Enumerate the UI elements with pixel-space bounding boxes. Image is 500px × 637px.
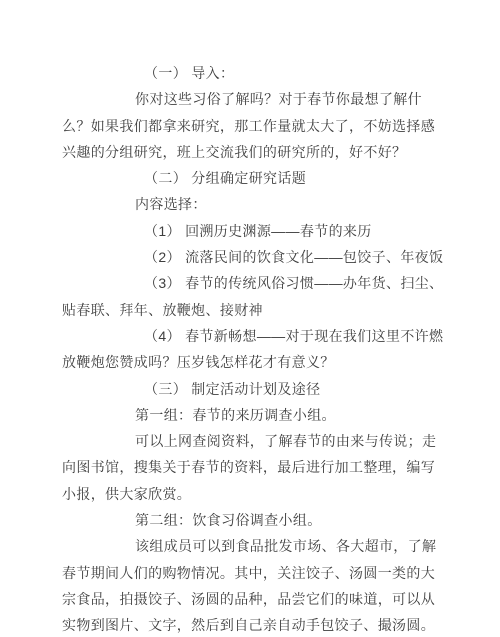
list-item-line: （3） 春节的传统风俗习惯——办年货、扫尘、 (62, 270, 440, 296)
continuation-line: 春节期间人们的购物情况。其中，关注饺子、汤圆一类的大 (62, 560, 440, 586)
list-item-line: （2） 流落民间的饮食文化——包饺子、年夜饭 (62, 244, 440, 270)
heading-line: （三） 制定活动计划及途径 (62, 376, 440, 402)
paragraph-first-line: 第二组：饮食习俗调查小组。 (62, 507, 440, 533)
paragraph-first-line: 第一组：春节的来历调查小组。 (62, 402, 440, 428)
document-page: （一） 导入： 你对这些习俗了解吗？对于春节你最想了解什 么？如果我们都拿来研究… (0, 0, 500, 637)
continuation-line: 小报，供大家欣赏。 (62, 481, 440, 507)
paragraph-first-line: 可以上网查阅资料，了解春节的由来与传说；走 (62, 428, 440, 454)
continuation-line: 兴趣的分组研究，班上交流我们的研究所的，好不好？ (62, 139, 440, 165)
document-body: （一） 导入： 你对这些习俗了解吗？对于春节你最想了解什 么？如果我们都拿来研究… (62, 60, 440, 637)
list-item-line: （1） 回溯历史渊源——春节的来历 (62, 218, 440, 244)
continuation-line: 么？如果我们都拿来研究，那工作量就太大了，不妨选择感 (62, 113, 440, 139)
paragraph-first-line: 内容选择： (62, 191, 440, 217)
paragraph-first-line: 你对这些习俗了解吗？对于春节你最想了解什 (62, 86, 440, 112)
heading-line: （一） 导入： (62, 60, 440, 86)
continuation-line: 贴春联、拜年、放鞭炮、接财神 (62, 297, 440, 323)
list-item-line: （4） 春节新畅想——对于现在我们这里不许燃 (62, 323, 440, 349)
heading-line: （二） 分组确定研究话题 (62, 165, 440, 191)
continuation-line: 向图书馆，搜集关于春节的资料，最后进行加工整理，编写 (62, 454, 440, 480)
continuation-line: 宗食品，拍摄饺子、汤圆的品种，品尝它们的味道，可以从 (62, 586, 440, 612)
continuation-line: 实物到图片、文字，然后到自己亲自动手包饺子、撮汤圆。 (62, 612, 440, 637)
paragraph-first-line: 该组成员可以到食品批发市场、各大超市，了解 (62, 533, 440, 559)
continuation-line: 放鞭炮您赞成吗？压岁钱怎样花才有意义？ (62, 349, 440, 375)
